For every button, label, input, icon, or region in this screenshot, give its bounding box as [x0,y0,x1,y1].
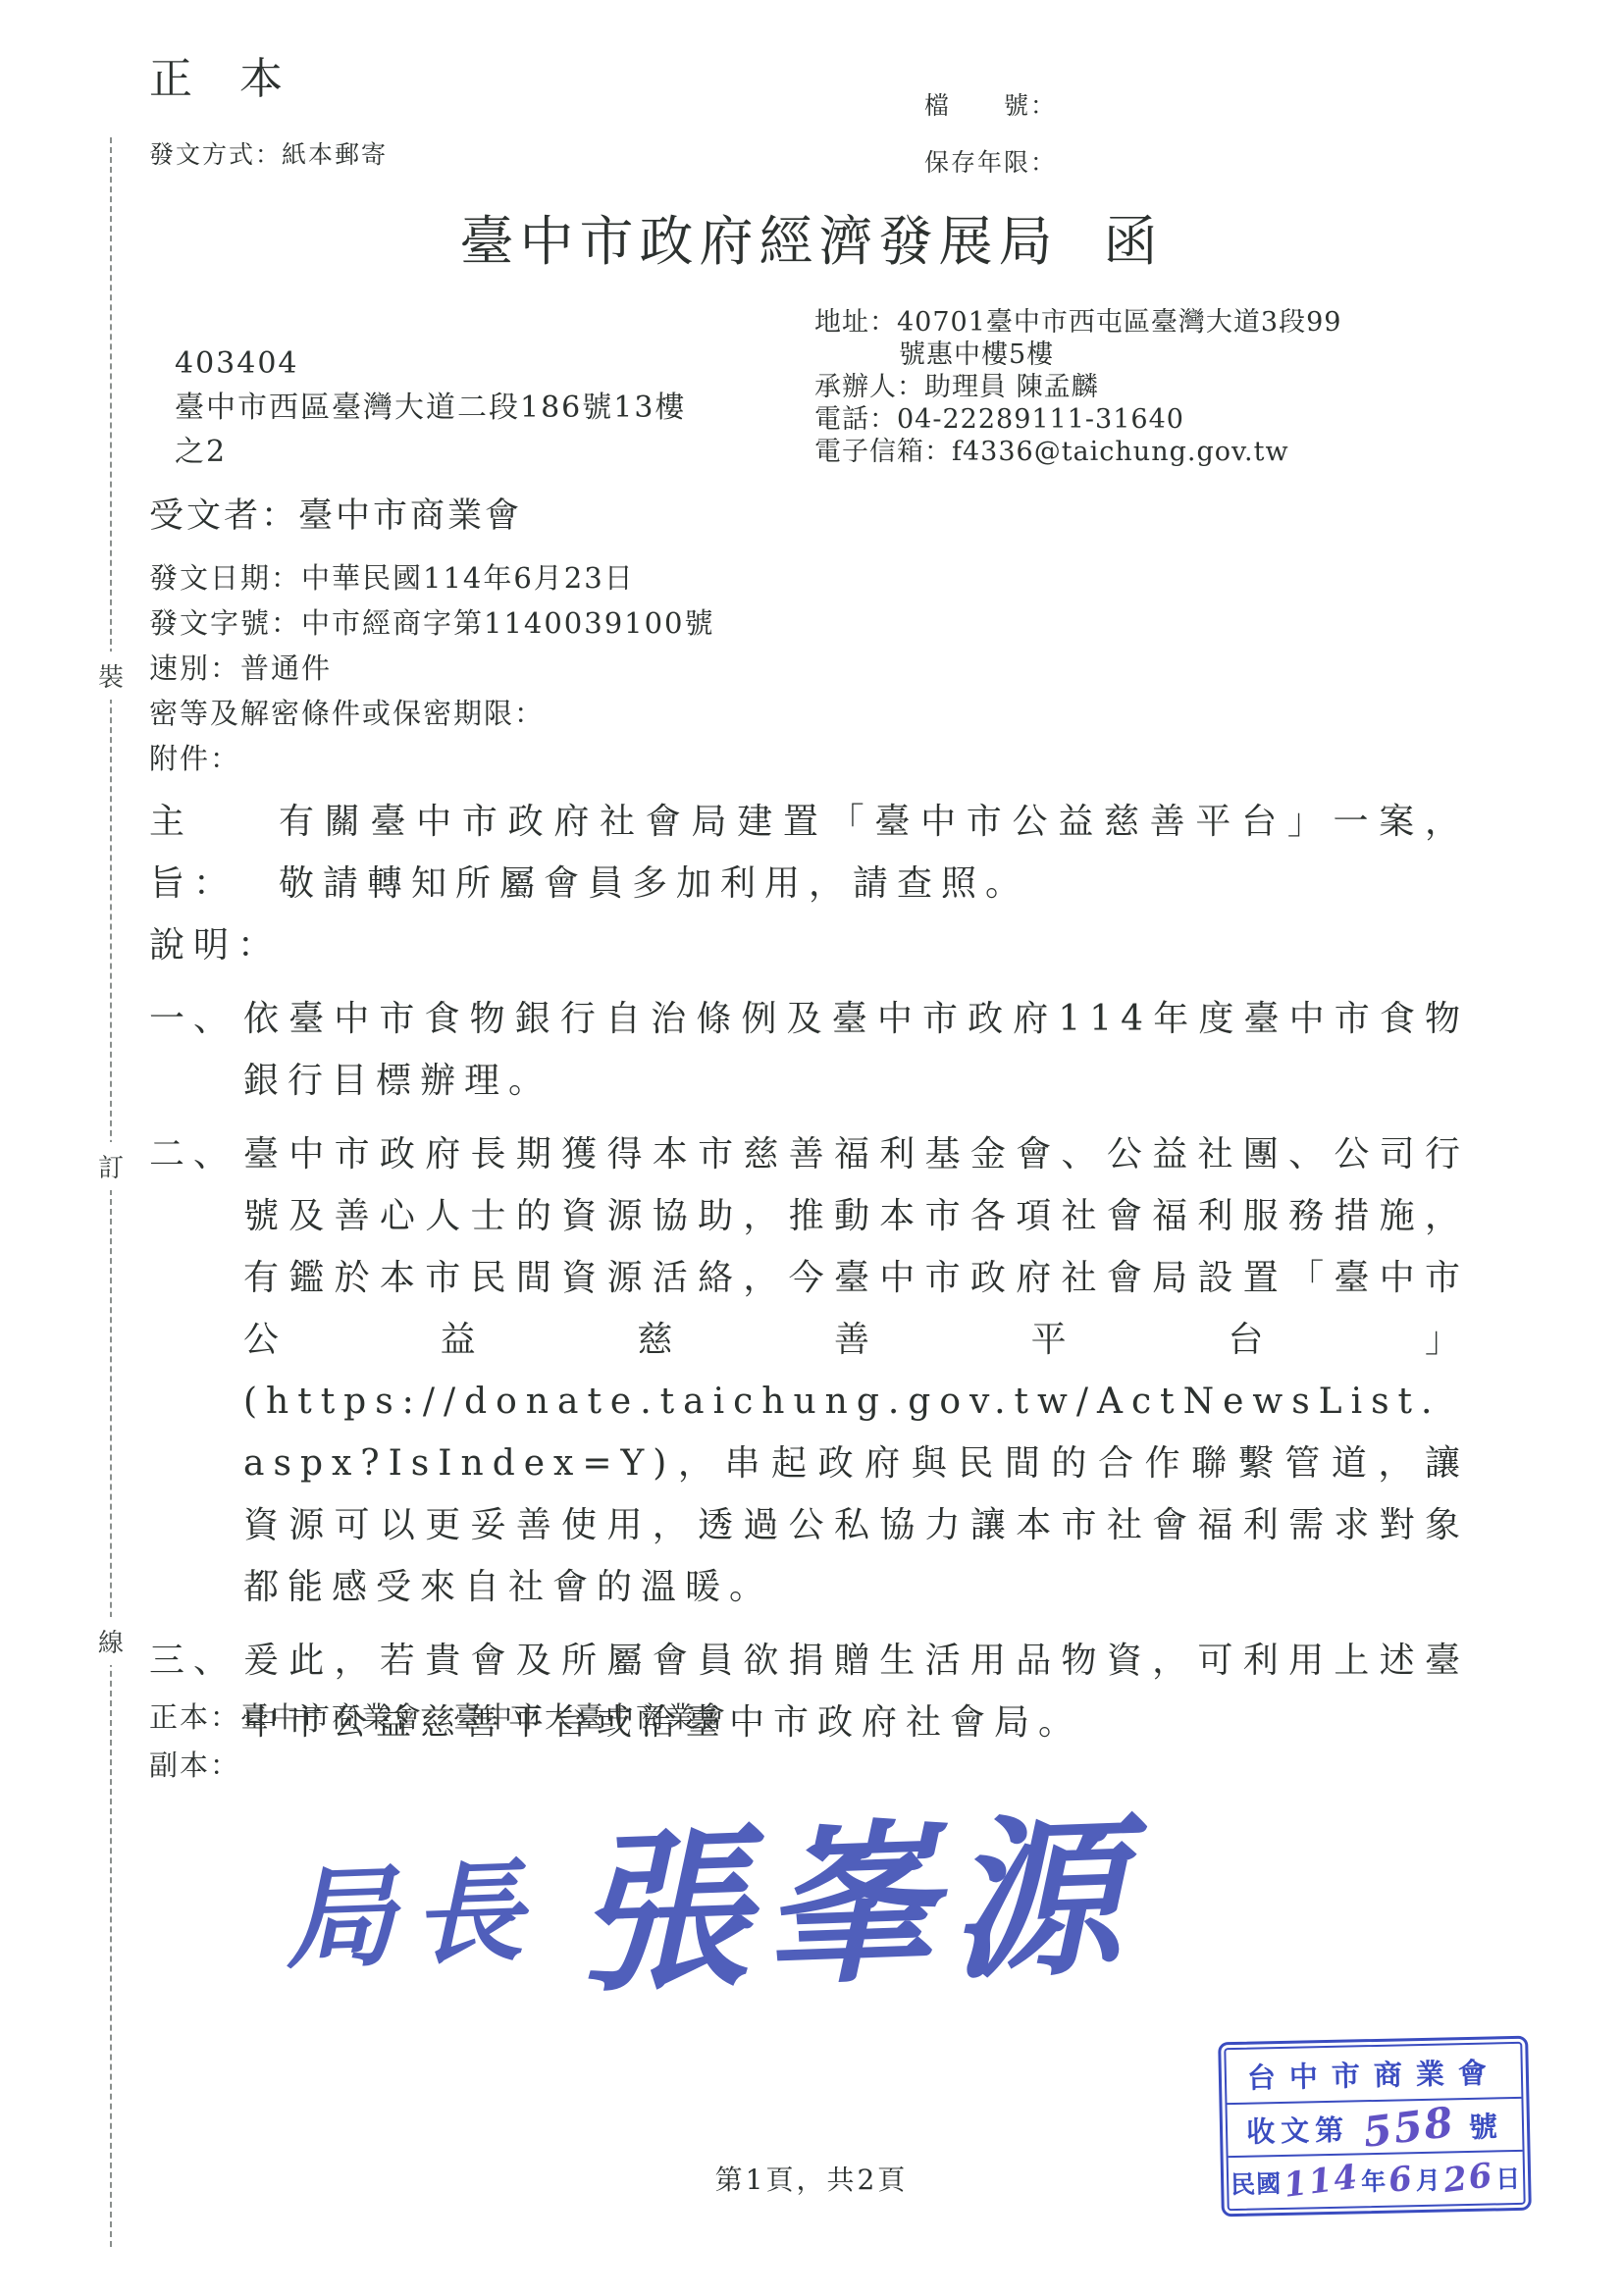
sender-email: 電子信箱：f4336@taichung.gov.tw [814,436,1341,468]
item-1-number: 一、 [149,988,243,1050]
copy-type-label: 正 本 [149,43,285,106]
explanation-item-1: 一、 依臺中市食物銀行自治條例及臺中市政府114年度臺中市食物銀行目標辦理。 [149,988,1469,1112]
subject-text: 有關臺中市政府社會局建置「臺中市公益慈善平台」一案，敬請轉知所屬會員多加利用，請… [279,791,1469,914]
file-number-label: 檔 號： [924,86,1057,122]
delivery-method-label: 發文方式：紙本郵寄 [149,135,388,171]
binding-mark-xian: 線 [96,1617,126,1665]
doc-number-line: 發文字號：中市經商字第1140039100號 [149,600,715,646]
sender-address-line1: 地址：40701臺中市西屯區臺灣大道3段99 [814,306,1341,339]
item-2-text: 臺中市政府長期獲得本市慈善福利基金會、公益社團、公司行號及善心人士的資源協助，推… [243,1123,1469,1618]
item-1-text: 依臺中市食物銀行自治條例及臺中市政府114年度臺中市食物銀行目標辦理。 [243,988,1469,1112]
signature-title: 局長 [282,1824,542,1991]
recipient-address-line1: 臺中市西區臺灣大道二段186號13樓 [175,386,686,430]
priority-line: 速別：普通件 [149,646,715,691]
item-2-number: 二、 [149,1123,243,1185]
document-type: 函 [1104,210,1164,273]
document-page: 裝 訂 線 正 本 發文方式：紙本郵寄 檔 號： 保存年限： 臺中市政府經濟發展… [0,0,1623,2296]
issuing-agency-name: 臺中市政府經濟發展局 [459,210,1058,273]
original-recipients-line: 正本：臺中市商業會、臺中市大臺中商業會 [149,1694,727,1742]
stamp-received-prefix: 收文第 [1246,2108,1350,2150]
sender-phone: 電話：04-22289111-31640 [814,403,1341,436]
document-title: 臺中市政府經濟發展局函 [0,198,1623,276]
stamp-org-name: 台中市商業會 [1226,2044,1521,2103]
sender-contact-person: 承辦人：助理員 陳孟麟 [814,371,1341,403]
director-signature: 局長 張峯源 [281,1756,1172,2035]
document-body: 主旨： 有關臺中市政府社會局建置「臺中市公益慈善平台」一案，敬請轉知所屬會員多加… [149,791,1469,1753]
recipient-line: 受文者：臺中市商業會 [149,489,522,538]
signature-name: 張峯源 [571,1758,1138,2026]
sender-address-line2: 號惠中樓5樓 [814,339,1341,371]
stamp-received-suffix: 號 [1468,2105,1503,2146]
recipient-address-line2: 之2 [175,430,686,474]
issue-date-line: 發文日期：中華民國114年6月23日 [149,555,715,600]
explanation-label: 說明： [149,914,1469,976]
page-number-footer: 第1頁，共2頁 [0,2159,1623,2198]
subject-section: 主旨： 有關臺中市政府社會局建置「臺中市公益慈善平台」一案，敬請轉知所屬會員多加… [149,791,1469,914]
subject-label: 主旨： [149,791,279,914]
binding-dashed-line [110,137,112,2247]
retention-period-label: 保存年限： [924,143,1057,179]
explanation-item-2: 二、 臺中市政府長期獲得本市慈善福利基金會、公益社團、公司行號及善心人士的資源協… [149,1123,1469,1618]
document-meta-block: 發文日期：中華民國114年6月23日 發文字號：中市經商字第1140039100… [149,555,715,781]
stamp-received-number-row: 收文第 558 號 [1227,2097,1522,2156]
binding-mark-ding: 訂 [96,1142,126,1190]
recipient-postal-code: 403404 [175,341,686,386]
security-line: 密等及解密條件或保密期限： [149,691,715,736]
binding-mark-zhuang: 裝 [96,652,126,700]
attachment-line: 附件： [149,736,715,781]
recipient-mailing-address: 403404 臺中市西區臺灣大道二段186號13樓 之2 [175,341,686,474]
item-3-number: 三、 [149,1630,243,1692]
stamp-received-number-handwritten: 558 [1360,2097,1457,2156]
sender-contact-block: 地址：40701臺中市西屯區臺灣大道3段99 號惠中樓5樓 承辦人：助理員 陳孟… [814,306,1341,468]
